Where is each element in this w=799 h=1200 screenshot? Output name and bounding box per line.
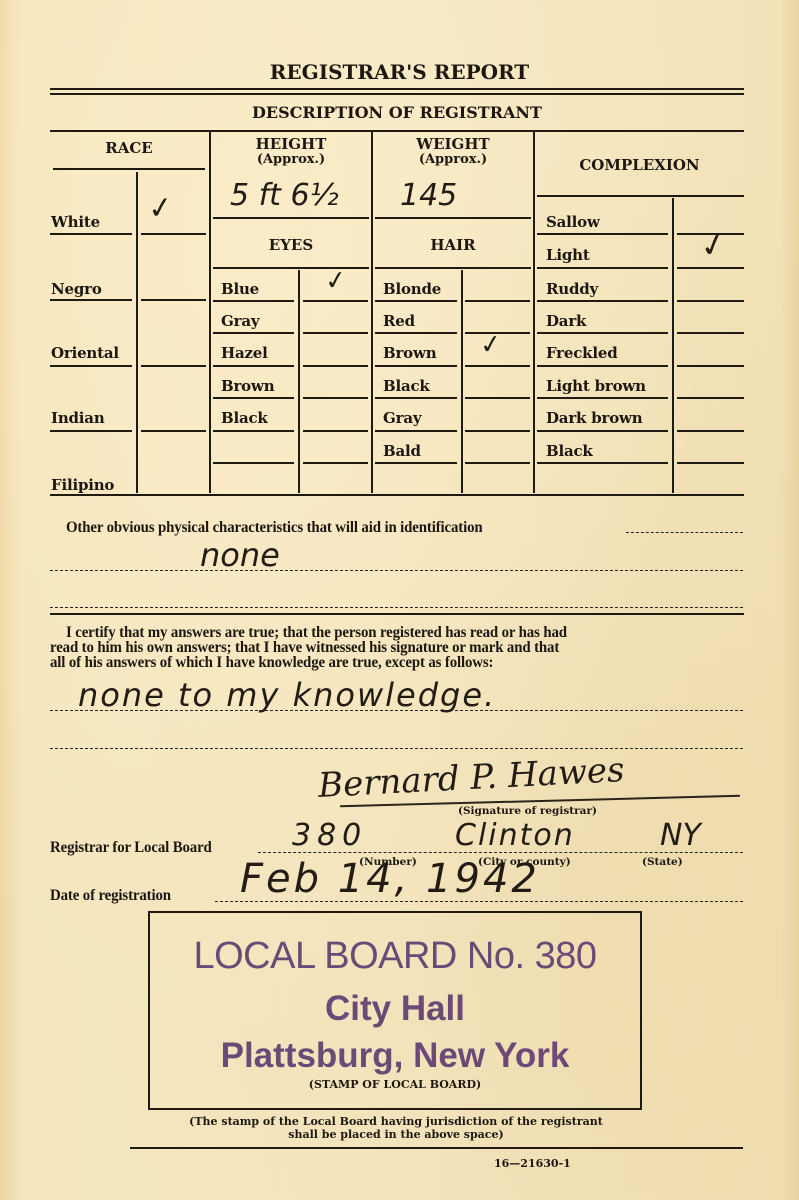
row-rule: [677, 397, 744, 399]
height-sub: (Approx.): [211, 152, 371, 167]
row-rule: [375, 462, 457, 464]
weight-sub: (Approx.): [373, 152, 533, 167]
weight-rule: [375, 217, 531, 219]
eyes-option-brown[interactable]: Brown: [221, 377, 274, 395]
hair-header: HAIR: [373, 236, 533, 254]
certification-line-3: all of his answers of which I have knowl…: [50, 655, 493, 670]
row-rule: [465, 462, 530, 464]
title-rule-top: [50, 88, 744, 90]
row-rule: [50, 233, 132, 235]
certification-line-1: I certify that my answers are true; that…: [66, 625, 567, 640]
row-rule: [213, 430, 294, 432]
row-rule: [141, 365, 206, 367]
row-rule: [537, 233, 668, 235]
row-rule: [141, 430, 206, 432]
row-rule: [303, 397, 368, 399]
title-rule-bottom: [50, 93, 744, 95]
complexion-light-checkmark-icon: ✓: [696, 223, 731, 266]
row-rule: [50, 365, 132, 367]
hair-option-black[interactable]: Black: [383, 377, 430, 395]
row-rule: [50, 299, 132, 301]
row-rule: [537, 462, 668, 464]
hair-option-blonde[interactable]: Blonde: [383, 280, 441, 298]
complexion-option-dark[interactable]: Dark: [546, 312, 586, 330]
row-rule: [303, 365, 368, 367]
complexion-option-sallow[interactable]: Sallow: [546, 213, 600, 231]
certification-dash-1: [50, 710, 743, 711]
row-rule: [677, 462, 744, 464]
footer-rule: [130, 1147, 743, 1149]
race-option-oriental[interactable]: Oriental: [51, 344, 119, 362]
complexion-check-col: [672, 198, 674, 493]
row-rule: [677, 233, 744, 235]
row-rule: [213, 397, 294, 399]
row-rule: [213, 462, 294, 464]
complexion-option-light[interactable]: Light: [546, 246, 590, 264]
stamp-caption: (STAMP OF LOCAL BOARD): [150, 1078, 640, 1091]
height-rule: [213, 217, 369, 219]
stamp-line-2: City Hall: [150, 989, 640, 1029]
row-rule: [677, 300, 744, 302]
stamp-note-line-2: shall be placed in the above space): [148, 1128, 644, 1141]
row-rule: [465, 332, 530, 334]
stamp-box: LOCAL BOARD No. 380 City Hall Plattsburg…: [148, 911, 642, 1110]
stamp-line-3: Plattsburg, New York: [150, 1036, 640, 1076]
row-rule: [375, 365, 457, 367]
eyes-check-col: [298, 270, 300, 493]
race-check-col: [136, 172, 138, 493]
row-rule: [537, 365, 668, 367]
row-rule: [213, 332, 294, 334]
section-rule-2: [50, 613, 744, 615]
eyes-blue-checkmark-icon: ✓: [323, 265, 349, 298]
local-board-city[interactable]: Clinton: [455, 818, 575, 853]
row-rule: [50, 430, 132, 432]
complexion-option-dark-brown[interactable]: Dark brown: [546, 409, 642, 427]
col-divider-height: [371, 131, 373, 493]
hair-option-brown[interactable]: Brown: [383, 344, 436, 362]
certification-line-2: read to him his own answers; that I have…: [50, 640, 559, 655]
hair-option-bald[interactable]: Bald: [383, 442, 421, 460]
table-bottom-rule: [50, 494, 744, 496]
date-label: Date of registration: [50, 888, 171, 903]
height-value: 5 ft 6½: [230, 178, 339, 213]
local-board-number[interactable]: 380: [292, 818, 367, 853]
complexion-option-ruddy[interactable]: Ruddy: [546, 280, 598, 298]
row-rule: [375, 300, 457, 302]
hair-option-gray[interactable]: Gray: [383, 409, 421, 427]
hair-check-col: [461, 270, 463, 493]
race-option-filipino[interactable]: Filipino: [51, 476, 114, 494]
eyes-option-gray[interactable]: Gray: [221, 312, 259, 330]
registrar-signature[interactable]: Bernard P. Hawes: [317, 750, 625, 806]
row-rule: [537, 267, 668, 269]
stamp-line-1: LOCAL BOARD No. 380: [150, 935, 640, 978]
report-title: REGISTRAR'S REPORT: [0, 60, 799, 84]
local-board-state[interactable]: NY: [660, 818, 701, 853]
row-rule: [537, 397, 668, 399]
row-rule: [141, 233, 206, 235]
other-characteristics-value[interactable]: none: [200, 536, 280, 574]
row-rule: [375, 430, 457, 432]
col-divider-weight: [533, 131, 535, 493]
certification-exceptions-value[interactable]: none to my knowledge.: [78, 676, 496, 714]
eyes-option-blue[interactable]: Blue: [221, 280, 259, 298]
row-rule: [375, 397, 457, 399]
row-rule: [141, 299, 206, 301]
weight-value: 145: [400, 178, 457, 213]
stamp-note-line-1: (The stamp of the Local Board having jur…: [148, 1115, 644, 1128]
eyes-header-rule: [213, 267, 369, 269]
row-rule: [303, 430, 368, 432]
other-characteristics-label: Other obvious physical characteristics t…: [66, 520, 483, 535]
date-value[interactable]: Feb 14, 1942: [240, 856, 540, 902]
other-characteristics-dash-3: [50, 607, 743, 608]
state-caption: (State): [642, 856, 683, 868]
complexion-option-light-brown[interactable]: Light brown: [546, 377, 646, 395]
signature-caption: (Signature of registrar): [458, 805, 597, 817]
complexion-header: COMPLEXION: [535, 156, 744, 174]
other-characteristics-dash-1: [626, 532, 743, 533]
col-divider-race: [209, 131, 211, 493]
form-number: 16—21630-1: [494, 1157, 571, 1170]
row-rule: [677, 365, 744, 367]
row-rule: [537, 430, 668, 432]
eyes-header: EYES: [211, 236, 371, 254]
local-board-label: Registrar for Local Board: [50, 840, 212, 855]
row-rule: [303, 300, 368, 302]
race-white-checkmark-icon: ✓: [146, 189, 176, 227]
other-characteristics-dash-2: [50, 570, 743, 571]
row-rule: [677, 267, 744, 269]
row-rule: [465, 365, 530, 367]
race-option-white[interactable]: White: [51, 213, 100, 231]
race-option-indian[interactable]: Indian: [51, 409, 105, 427]
section-title: DESCRIPTION OF REGISTRANT: [50, 103, 744, 122]
row-rule: [213, 300, 294, 302]
complexion-header-rule: [537, 195, 744, 197]
certification-dash-2: [50, 748, 743, 749]
eyes-option-hazel[interactable]: Hazel: [221, 344, 268, 362]
row-rule: [537, 332, 668, 334]
eyes-option-black[interactable]: Black: [221, 409, 268, 427]
complexion-option-freckled[interactable]: Freckled: [546, 344, 618, 362]
row-rule: [465, 430, 530, 432]
weight-header: WEIGHT: [373, 135, 533, 153]
document-paper: REGISTRAR'S REPORT DESCRIPTION OF REGIST…: [0, 0, 799, 1200]
row-rule: [303, 332, 368, 334]
row-rule: [303, 462, 368, 464]
row-rule: [537, 300, 668, 302]
race-option-negro[interactable]: Negro: [51, 280, 102, 298]
hair-header-rule: [375, 267, 531, 269]
section-rule: [50, 130, 744, 132]
complexion-option-black[interactable]: Black: [546, 442, 593, 460]
row-rule: [677, 332, 744, 334]
race-header-rule: [53, 168, 205, 170]
row-rule: [213, 365, 294, 367]
row-rule: [677, 430, 744, 432]
row-rule: [465, 397, 530, 399]
hair-brown-checkmark-icon: ✓: [478, 329, 504, 362]
row-rule: [375, 332, 457, 334]
race-header: RACE: [53, 139, 205, 157]
hair-option-red[interactable]: Red: [383, 312, 415, 330]
row-rule: [465, 300, 530, 302]
height-header: HEIGHT: [211, 135, 371, 153]
